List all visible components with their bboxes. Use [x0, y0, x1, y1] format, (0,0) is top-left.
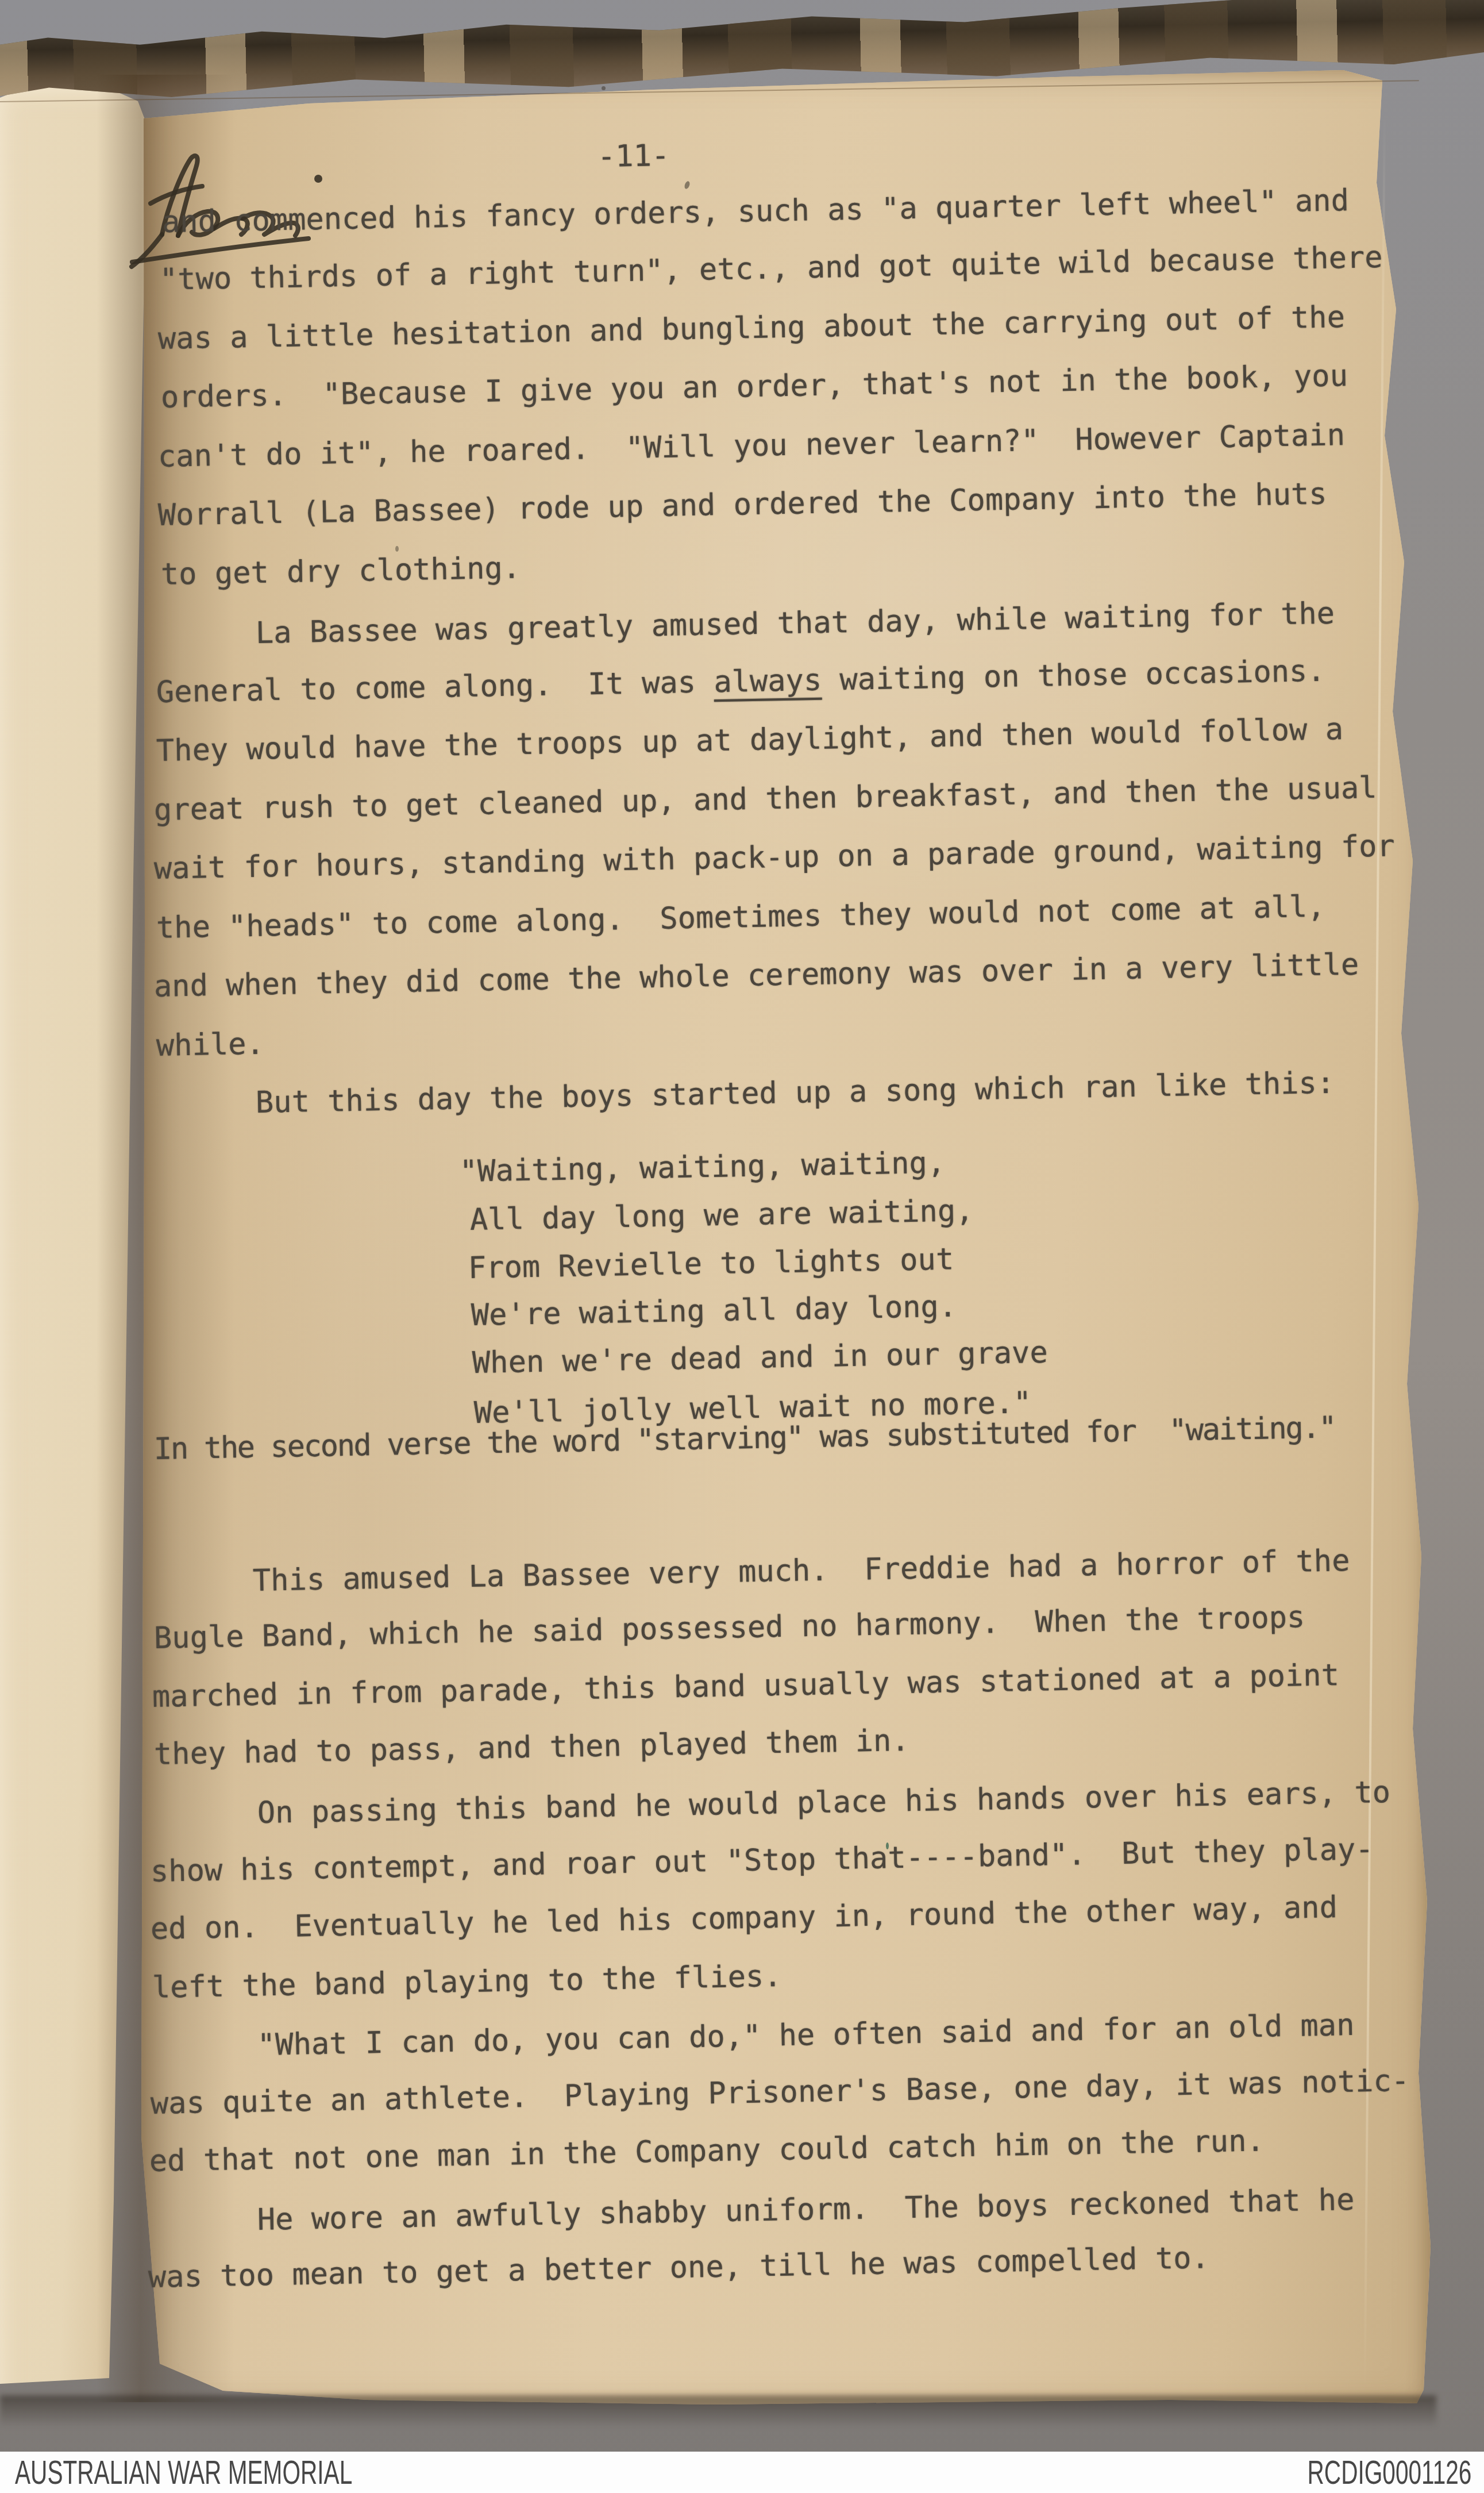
page-number: -11-	[598, 141, 670, 172]
scanned-document-view: -11- ton and commenced his fancy orders,…	[0, 0, 1484, 2493]
footer-item-id: RCDIG0001126	[1307, 2453, 1471, 2492]
typed-line: while.	[156, 1029, 264, 1062]
typed-line: to get dry clothing.	[160, 553, 521, 591]
footer-archive-name: AUSTRALIAN WAR MEMORIAL	[15, 2453, 352, 2492]
ink-speck	[602, 86, 606, 90]
book-gutter-shadow	[97, 75, 234, 2402]
ink-speck	[395, 546, 399, 552]
book-bottom-shadow	[0, 2395, 1436, 2427]
ink-speck-green	[886, 1842, 889, 1849]
footer-bar: AUSTRALIAN WAR MEMORIAL RCDIG0001126	[0, 2452, 1484, 2493]
